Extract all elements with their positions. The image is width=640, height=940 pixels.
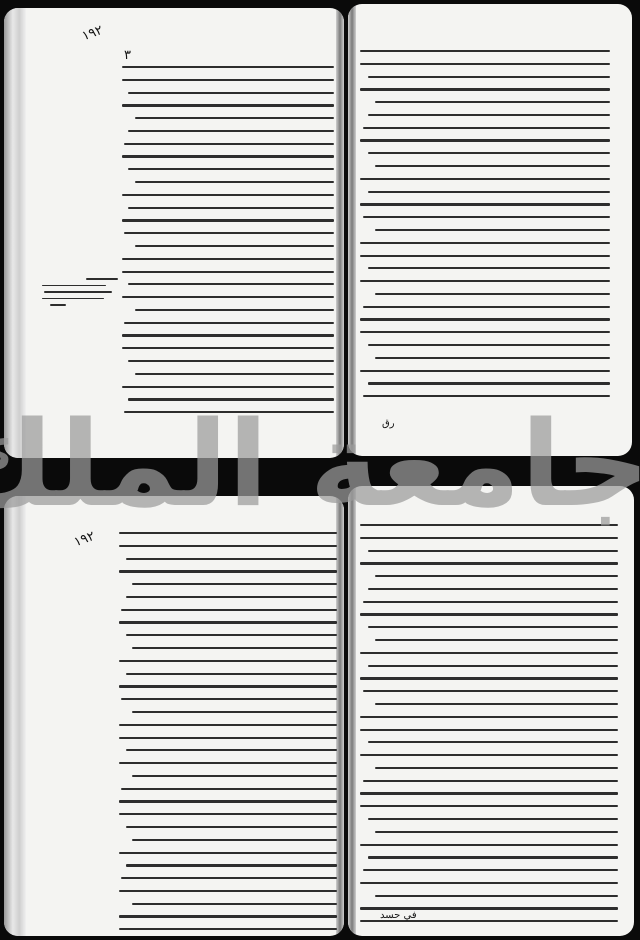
- text-line: [121, 877, 337, 879]
- folio-number: ١٩٢: [72, 529, 97, 550]
- text-line: [119, 737, 337, 739]
- text-line: [368, 588, 618, 590]
- top-spread: ١٩٢ ٣ رق: [0, 0, 640, 470]
- text-line: [122, 104, 334, 106]
- text-line: [128, 283, 334, 285]
- text-line: [375, 357, 610, 359]
- text-line: [119, 890, 337, 892]
- main-text-block: [360, 524, 618, 933]
- text-line: [132, 647, 337, 649]
- text-line: [360, 537, 618, 539]
- text-line: [135, 245, 334, 247]
- text-line: [119, 685, 337, 687]
- text-line: [360, 805, 618, 807]
- text-line: [119, 621, 337, 623]
- text-line: [119, 813, 337, 815]
- text-line: [360, 203, 610, 205]
- text-line: [119, 724, 337, 726]
- text-line: [368, 76, 611, 78]
- text-line: [368, 856, 618, 858]
- text-line: [128, 360, 334, 362]
- text-line: [128, 92, 334, 94]
- text-line: [119, 928, 337, 930]
- text-line: [135, 181, 334, 183]
- text-line: [363, 395, 611, 397]
- text-line: [360, 882, 618, 884]
- text-line: [360, 792, 618, 794]
- text-line: [122, 271, 334, 273]
- text-line: [363, 306, 611, 308]
- text-line: [363, 127, 611, 129]
- text-line: [119, 570, 337, 572]
- text-line: [363, 216, 611, 218]
- text-line: [363, 690, 618, 692]
- text-line: [128, 168, 334, 170]
- text-line: [360, 331, 610, 333]
- text-line: [135, 309, 334, 311]
- text-line: [119, 660, 337, 662]
- text-line: [122, 219, 334, 221]
- text-line: [122, 347, 334, 349]
- top-left-page: ١٩٢ ٣: [4, 8, 344, 458]
- text-line: [126, 634, 337, 636]
- main-text-block: [122, 66, 334, 424]
- text-line: [132, 775, 337, 777]
- text-line: [126, 558, 337, 560]
- gutter: [348, 4, 356, 456]
- text-line: [124, 322, 334, 324]
- text-line: [360, 178, 610, 180]
- text-line: [360, 652, 618, 654]
- text-line: [375, 575, 618, 577]
- text-line: [360, 613, 618, 615]
- text-line: [368, 152, 611, 154]
- text-line: [126, 673, 337, 675]
- text-line: [360, 729, 618, 731]
- text-line: [122, 386, 334, 388]
- text-line: [122, 334, 334, 336]
- catchword: رق: [382, 418, 395, 429]
- text-line: [368, 267, 611, 269]
- text-line: [119, 800, 337, 802]
- text-line: [122, 194, 334, 196]
- text-line: [368, 818, 618, 820]
- text-line: [360, 255, 610, 257]
- text-line: [360, 524, 618, 526]
- text-line: [360, 242, 610, 244]
- text-line: [360, 318, 610, 320]
- text-line: [119, 532, 337, 534]
- catchword: في حسد: [380, 910, 417, 921]
- text-line: [360, 280, 610, 282]
- text-line: [363, 780, 618, 782]
- text-line: [368, 665, 618, 667]
- text-line: [126, 749, 337, 751]
- text-line: [368, 626, 618, 628]
- text-line: [132, 711, 337, 713]
- text-line: [360, 63, 610, 65]
- text-line: [368, 344, 611, 346]
- bottom-right-page: في حسد: [348, 486, 634, 936]
- text-line: [360, 50, 610, 52]
- text-line: [375, 639, 618, 641]
- text-line: [122, 66, 334, 68]
- text-line: [368, 550, 618, 552]
- text-line: [360, 754, 618, 756]
- text-line: [360, 677, 618, 679]
- gutter: [336, 8, 344, 458]
- text-line: [121, 788, 337, 790]
- section-mark: ٣: [124, 48, 131, 63]
- text-line: [124, 411, 334, 413]
- gutter: [336, 496, 344, 936]
- text-line: [126, 826, 337, 828]
- text-line: [375, 767, 618, 769]
- text-line: [368, 741, 618, 743]
- text-line: [128, 207, 334, 209]
- text-line: [375, 293, 610, 295]
- top-right-page: رق: [348, 4, 632, 456]
- text-line: [119, 762, 337, 764]
- text-line: [368, 191, 611, 193]
- text-line: [119, 545, 337, 547]
- text-line: [122, 155, 334, 157]
- text-line: [128, 130, 334, 132]
- text-line: [119, 852, 337, 854]
- main-text-block: [119, 532, 337, 936]
- text-line: [368, 382, 611, 384]
- text-line: [375, 229, 610, 231]
- text-line: [375, 831, 618, 833]
- text-line: [360, 562, 618, 564]
- text-line: [122, 296, 334, 298]
- text-line: [360, 844, 618, 846]
- text-line: [128, 398, 334, 400]
- text-line: [363, 869, 618, 871]
- text-line: [363, 601, 618, 603]
- text-line: [122, 258, 334, 260]
- text-line: [375, 101, 610, 103]
- text-line: [375, 895, 618, 897]
- text-line: [124, 143, 334, 145]
- folio-number: ١٩٢: [80, 23, 105, 44]
- page-edge: [4, 496, 26, 936]
- text-line: [119, 915, 337, 917]
- bottom-left-page: ١٩٢: [4, 496, 344, 936]
- text-line: [375, 165, 610, 167]
- text-line: [135, 117, 334, 119]
- text-line: [375, 703, 618, 705]
- text-line: [368, 114, 611, 116]
- text-line: [132, 903, 337, 905]
- text-line: [132, 839, 337, 841]
- text-line: [122, 79, 334, 81]
- text-line: [360, 139, 610, 141]
- main-text-block: [360, 50, 610, 408]
- text-line: [135, 373, 334, 375]
- text-line: [126, 864, 337, 866]
- page-edge: [4, 8, 26, 458]
- text-line: [360, 88, 610, 90]
- text-line: [121, 609, 337, 611]
- bottom-spread: ١٩٢ في حسد: [0, 470, 640, 940]
- text-line: [360, 370, 610, 372]
- text-line: [124, 232, 334, 234]
- text-line: [132, 583, 337, 585]
- text-line: [121, 698, 337, 700]
- text-line: [126, 596, 337, 598]
- text-line: [360, 716, 618, 718]
- gutter: [348, 486, 356, 936]
- margin-note: [42, 278, 122, 311]
